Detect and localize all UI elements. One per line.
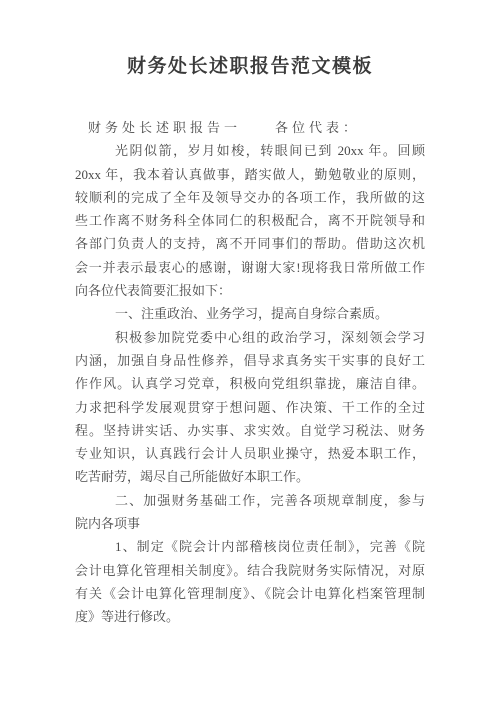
text-line: 程。坚持讲实话、办实事、求实效。自觉学习税法、财务 (75, 419, 425, 442)
text-line: 一、注重政治、业务学习，提高自身综合素质。 (75, 302, 425, 325)
text-line: 作作风。认真学习党章，积极向党组织靠拢，廉洁自律。 (75, 372, 425, 395)
text-line: 积极参加院党委中心组的政治学习，深刻领会学习 (75, 326, 425, 349)
text-line: 内涵，加强自身品性修养，倡导求真务实干实事的良好工 (75, 349, 425, 372)
text-line: 专业知识，认真践行会计人员职业操守，热爱本职工作， (75, 442, 425, 465)
document-page: 财务处长述职报告范文模板 财务处长述职报告一 各位代表：光阴似箭，岁月如梭，转眼… (0, 0, 500, 707)
text-line: 较顺利的完成了全年及领导交办的各项工作，我所做的这 (75, 186, 425, 209)
text-line: 会计电算化管理相关制度》。结合我院财务实际情况，对原 (75, 559, 425, 582)
document-title: 财务处长述职报告范文模板 (0, 0, 500, 81)
text-line: 光阴似箭，岁月如梭，转眼间已到 20xx 年。回顾 (75, 139, 425, 162)
text-line: 向各位代表简要汇报如下： (75, 279, 425, 302)
text-line: 吃苦耐劳，竭尽自己所能做好本职工作。 (75, 465, 425, 488)
text-line: 院内各项事 (75, 512, 425, 535)
text-line: 有关《会计电算化管理制度》、《院会计电算化档案管理制 (75, 582, 425, 605)
text-line: 度》等进行修改。 (75, 605, 425, 628)
text-line: 力求把科学发展观贯穿于想问题、作决策、干工作的全过 (75, 396, 425, 419)
text-line: 些工作离不财务科全体同仁的积极配合，离不开院领导和 (75, 209, 425, 232)
text-line: 1、制定《院会计内部稽核岗位责任制》，完善《院 (75, 535, 425, 558)
text-line: 会一并表示最衷心的感谢，谢谢大家!现将我日常所做工作 (75, 256, 425, 279)
text-line: 各部门负责人的支持，离不开同事们的帮助。借助这次机 (75, 232, 425, 255)
text-line: 财务处长述职报告一 各位代表： (75, 116, 425, 139)
document-body: 财务处长述职报告一 各位代表：光阴似箭，岁月如梭，转眼间已到 20xx 年。回顾… (75, 116, 425, 629)
text-line: 20xx 年，我本着认真做事，踏实做人，勤勉敬业的原则， (75, 163, 425, 186)
text-line: 二、加强财务基础工作，完善各项规章制度，参与 (75, 489, 425, 512)
